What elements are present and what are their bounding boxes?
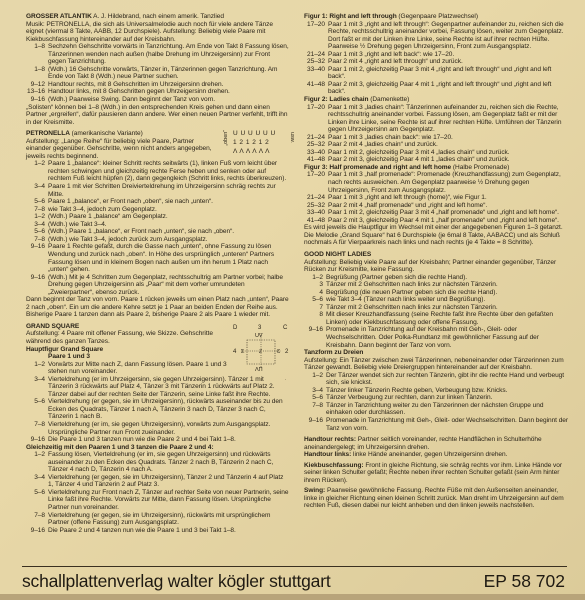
step-measure: 17–20 — [304, 104, 328, 134]
svg-text:D: D — [233, 325, 238, 331]
section-intro: Aufstellung: 4 Paare mit offener Fassung… — [26, 330, 225, 345]
glossary-term: Handtour rechts: — [304, 436, 356, 443]
step-text: Paar 1 mit 3 „right and left back“: wie … — [328, 51, 569, 59]
step-measure: 7–8 — [304, 402, 326, 417]
step-row: 9–16(Wdh.) Mit je 4 Schritten zum Gegenp… — [26, 274, 289, 297]
step-measure: 9–16 — [26, 527, 48, 535]
step-measure: 5–6 — [304, 394, 326, 402]
step-text: Paar 2 mit 3, gleichzeitig Paar 4 mit 1 … — [328, 217, 569, 225]
figure-title: Figur 3: Half promenade and right and le… — [304, 164, 451, 171]
section-figur-1: Figur 1: Right and left through (Gegenpa… — [304, 13, 569, 96]
step-row: 9–16Promenade in Tanzrichtung auf der Kr… — [304, 326, 569, 349]
svg-text:2: 2 — [285, 349, 289, 355]
step-measure: 21–24 — [304, 51, 328, 59]
section-grosser-atlantik: GROSSER ATLANTIK A. J. Hildebrand, nach … — [26, 13, 289, 126]
section-title: GROSSER ATLANTIK — [26, 13, 92, 20]
svg-text:Ɛ: Ɛ — [277, 349, 281, 355]
step-measure: 8 — [304, 311, 326, 326]
step-measure: 25–32 — [304, 58, 328, 66]
figure-subtitle: (Halbe Promenade) — [451, 164, 509, 171]
step-text: Paar 2 mit 4 „right and left through“ un… — [328, 58, 569, 66]
step-text: Die Paare 2 und 4 tanzen nun wie die Paa… — [48, 527, 289, 535]
section-grand-square: GRAND SQUARE Aufstellung: 4 Paare mit of… — [26, 323, 289, 534]
step-measure: 9–16 — [26, 436, 48, 444]
step-measure: 17–20 — [304, 21, 328, 51]
step-row: 7–8(Wdh.) wie Takt 3–4, jedoch zurück zu… — [26, 236, 289, 244]
step-text: Mit dieser Kreuzhandfassung (seine Recht… — [326, 311, 569, 326]
step-text: Paar 2 mit 3, gleichzeitig Paar 4 mit 1 … — [328, 81, 569, 96]
step-row: 21–24Paar 1 mit 3 „ladies chain back“: w… — [304, 134, 569, 142]
variant-title: Tanzform zu Dreien — [304, 349, 569, 357]
step-text: Paare 1 „balance“: kleiner Schritt recht… — [48, 160, 289, 183]
step-text: (Wdh.) Mit je 4 Schritten zum Gegenplatz… — [48, 274, 289, 297]
step-text: Promenade in Tanzrichtung mit Geh-, Glei… — [326, 417, 569, 432]
step-measure: 9–12 — [26, 81, 48, 89]
step-row: 3–4(Wdh.) wie Takt 3–4. — [26, 221, 289, 229]
step-row: 1–2Fassung lösen, Vierteldrehung (er im,… — [26, 451, 289, 474]
step-text: Promenade in Tanzrichtung auf der Kreisb… — [326, 326, 569, 349]
step-row: 1–8Sechzehn Gehschritte vorwärts in Tanz… — [26, 43, 289, 66]
sleeve-edge — [0, 594, 585, 600]
step-row: 13–16Handtour links, mit 8 Gehschritten … — [26, 88, 289, 96]
step-text: Tänzer in Tanzrichtung weiter zu den Tän… — [326, 402, 569, 417]
section-good-night-ladies: GOOD NIGHT LADIES Aufstellung: Beliebig … — [304, 251, 569, 432]
section-outro: Dann beginnt der Tanz von vorn. Paare 1 … — [26, 296, 289, 319]
step-text: Paar 2 mit 3, gleichzeitig Paar 4 mit 1 … — [328, 156, 569, 164]
step-measure: 3–4 — [26, 221, 48, 229]
glossary-term: Swing: — [304, 487, 325, 494]
sub-title: Hauptfigur Grand Square — [26, 346, 225, 354]
step-text: Handtour rechts, mit 8 Gehschritten im U… — [48, 81, 289, 89]
grand-square-diagram: D 3 C 4 2 Z UV ΛΠ Ʃ Ɛ · ˌ — [233, 323, 289, 381]
step-text: Fassung lösen, Vierteldrehung (er im, si… — [48, 451, 289, 474]
step-measure: 3–4 — [26, 376, 48, 399]
step-row: 33–40Paar 1 mit 2, gleichzeitig Paar 3 m… — [304, 209, 569, 217]
glossary-entry: Handtour rechts: Partner seitlich vorein… — [304, 436, 569, 451]
step-row: 5–6(Wdh.) Paare 1 „balance“, er Front na… — [26, 228, 289, 236]
step-text: Paar 1 mit 3 „half promenade“: Promenade… — [328, 171, 569, 194]
diagram-row-women: Λ Λ Λ Λ Λ Λ — [233, 148, 270, 156]
step-measure: 25–32 — [304, 202, 328, 210]
step-measure: 7 — [304, 304, 326, 312]
step-measure: 3 — [304, 281, 326, 289]
step-text: Der Tänzer wendet sich zur rechten Tänze… — [326, 372, 569, 387]
step-measure: 7–8 — [26, 236, 48, 244]
step-text: Vierteldrehung (er im, sie gegen Uhrzeig… — [48, 421, 289, 436]
step-text: (Wdh.) wie Takt 3–4, jedoch zurück zum A… — [48, 236, 289, 244]
step-row: 21–24Paar 1 mit 3 „right and left throug… — [304, 194, 569, 202]
step-text: Tänzer mit 2 Gehschritten nach links zur… — [326, 304, 569, 312]
step-text: Paar 1 mit 2, gleichzeitig Paar 3 mit 4 … — [328, 66, 569, 81]
step-measure: 5–6 — [26, 398, 48, 421]
step-measure: 33–40 — [304, 209, 328, 217]
step-measure: 25–32 — [304, 141, 328, 149]
svg-text:ˌ: ˌ — [285, 375, 287, 381]
footer-divider — [22, 566, 567, 567]
step-text: Handtour links, mit 8 Gehschritten gegen… — [48, 88, 289, 96]
svg-text:Z: Z — [259, 349, 262, 355]
diagram-label-top: „oben“ — [223, 130, 231, 146]
glossary-entry: Handtour links: linke Hände aneinander, … — [304, 451, 569, 459]
section-title: GRAND SQUARE — [26, 323, 79, 330]
step-measure: 1–2 — [26, 213, 48, 221]
simultaneous-title: Gleichzeitig mit den Paaren 1 und 3 tanz… — [26, 444, 289, 452]
step-measure: 33–40 — [304, 149, 328, 157]
step-row: 25–32Paar 2 mit 4 „right and left throug… — [304, 58, 569, 66]
right-column: Figur 1: Right and left through (Gegenpa… — [304, 13, 569, 510]
step-row: 7–8wie Takt 3–4, jedoch zum Gegenplatz. — [26, 206, 289, 214]
step-text: Die Paare 1 und 3 tanzen nun wie die Paa… — [48, 436, 289, 444]
step-text: Paar 2 mit 4 „half promenade“ und „right… — [328, 202, 569, 210]
step-row: 33–40Paar 1 mit 2, gleichzeitig Paar 3 m… — [304, 66, 569, 81]
step-text: Paar 2 mit 4 „ladies chain“ und zurück. — [328, 141, 569, 149]
svg-text:·: · — [234, 375, 235, 380]
step-row: 17–20Paar 1 mit 3 „right and left throug… — [304, 21, 569, 51]
step-measure: 1–2 — [304, 274, 326, 282]
step-text: Paar 1 mit 3 „right and left through (ho… — [328, 194, 569, 202]
section-intro: Musik: PETRONELLA, die sich als Universa… — [26, 21, 289, 44]
step-measure: 3–4 — [26, 474, 48, 489]
step-row: 9–12Handtour rechts, mit 8 Gehschritten … — [26, 81, 289, 89]
step-text: Begrüßung (Partner geben sich die rechte… — [326, 274, 569, 282]
record-sleeve-back: GROSSER ATLANTIK A. J. Hildebrand, nach … — [0, 0, 585, 600]
step-row: 1–8(Wdh.) 16 Gehschritte vorwärts, Tänze… — [26, 66, 289, 81]
figure-title: Figur 1: Right and left through — [304, 13, 397, 20]
step-row: 17–20Paar 1 mit 3 „half promenade“: Prom… — [304, 171, 569, 194]
section-subtitle: A. J. Hildebrand, nach einem amerik. Tan… — [92, 13, 224, 20]
glossary-entry: Kiekbuschfassung: Front in gleiche Richt… — [304, 462, 569, 485]
step-measure: 33–40 — [304, 66, 328, 81]
step-text: wie Takt 3–4, jedoch zum Gegenplatz. — [48, 206, 289, 214]
step-measure: 1–2 — [26, 361, 48, 376]
glossary: Handtour rechts: Partner seitlich vorein… — [304, 436, 569, 510]
section-intro: Aufstellung: Beliebig viele Paare auf de… — [304, 259, 569, 274]
section-subtitle: (amerikanische Variante) — [70, 130, 143, 137]
step-row: 9–16Promenade in Tanzrichtung mit Geh-, … — [304, 417, 569, 432]
step-row: 33–40Paar 1 mit 2, gleichzeitig Paar 3 m… — [304, 149, 569, 157]
step-text: Paare 1 mit vier Schritten Dreivierteldr… — [48, 183, 289, 198]
step-row: 5–6Vierteldrehung zur Front nach Z, Tänz… — [26, 489, 289, 512]
section-outro: „Solisten“ können bei 1–8 (Wdh.) in den … — [26, 104, 289, 127]
svg-text:ΛΠ: ΛΠ — [255, 367, 263, 373]
step-text: Tänzer linker Tänzerin Rechte geben, Ver… — [326, 387, 569, 395]
variant-intro: Aufstellung: Ein Tänzer zwischen zwei Tä… — [304, 357, 569, 372]
step-text: (Wdh.) Paare 1 „balance“ am Gegenplatz. — [48, 213, 289, 221]
diagram-row-numbers: 1 2 1 2 1 2 — [233, 139, 269, 147]
step-row: 3–4Paare 1 mit vier Schritten Dreivierte… — [26, 183, 289, 198]
step-text: Paar 1 mit 2, gleichzeitig Paar 3 mit 4 … — [328, 209, 569, 217]
step-row: 41–48Paar 2 mit 3, gleichzeitig Paar 4 m… — [304, 217, 569, 225]
step-row: 5–6Paare 1 „balance“, er Front nach „obe… — [26, 198, 289, 206]
step-text: Vierteldrehung (er gegen, sie im Uhrzeig… — [48, 512, 289, 527]
step-measure: 9–16 — [304, 326, 326, 349]
step-row: 9–16Die Paare 1 und 3 tanzen nun wie die… — [26, 436, 289, 444]
step-measure: 7–8 — [26, 512, 48, 527]
step-measure: 7–8 — [26, 206, 48, 214]
figure-subtitle: (Damenkette) — [368, 96, 409, 103]
svg-text:3: 3 — [258, 325, 262, 331]
step-row: 5–6Vierteldrehung (er gegen, sie im Uhrz… — [26, 398, 289, 421]
step-row: 9–16Die Paare 2 und 4 tanzen nun wie die… — [26, 527, 289, 535]
step-measure: 9–16 — [304, 417, 326, 432]
step-text: Paar 1 mit 3 „right and left through“: G… — [328, 21, 569, 51]
step-measure: 4 — [304, 289, 326, 297]
step-row: 7–8Vierteldrehung (er im, sie gegen Uhrz… — [26, 421, 289, 436]
step-row: 1–2Der Tänzer wendet sich zur rechten Tä… — [304, 372, 569, 387]
publisher-name: schallplattenverlag walter kögler stuttg… — [22, 571, 331, 592]
step-measure: 9–16 — [26, 243, 48, 273]
step-measure: 5–6 — [304, 296, 326, 304]
step-row: 41–48Paar 2 mit 3, gleichzeitig Paar 4 m… — [304, 81, 569, 96]
step-text: Sechzehn Gehschritte vorwärts in Tanzric… — [48, 43, 289, 66]
step-text: (Wdh.) 16 Gehschritte vorwärts, Tänzer i… — [48, 66, 289, 81]
step-text: (Wdh.) wie Takt 3–4. — [48, 221, 289, 229]
glossary-entry: Swing: Paarweise gewöhnliche Fassung. Re… — [304, 487, 569, 510]
section-title: PETRONELLA — [26, 130, 70, 137]
step-text: Tänzer mit 2 Gehschritten nach links zur… — [326, 281, 569, 289]
section-title: GOOD NIGHT LADIES — [304, 251, 569, 259]
step-row: 25–32Paar 2 mit 4 „half promenade“ und „… — [304, 202, 569, 210]
step-text: Paar 1 mit 3 „ladies chain“: Tänzerinnen… — [328, 104, 569, 134]
step-row: 9–16Paare 1 Rechte gefaßt, durch die Gas… — [26, 243, 289, 273]
step-text: Paar 1 mit 2, gleichzeitig Paar 3 mit 4 … — [328, 149, 569, 157]
section-figur-2: Figur 2: Ladies chain (Damenkette) 17–20… — [304, 96, 569, 164]
step-measure: 5–6 — [26, 198, 48, 206]
step-row: 4Begrüßung (die neuen Partner geben sich… — [304, 289, 569, 297]
step-measure: 3–4 — [26, 183, 48, 198]
step-measure: 9–16 — [26, 96, 48, 104]
step-row: 1–2Begrüßung (Partner geben sich die rec… — [304, 274, 569, 282]
step-measure: 1–8 — [26, 43, 48, 66]
step-measure: 41–48 — [304, 217, 328, 225]
svg-text:Ʃ: Ʃ — [241, 349, 245, 355]
petronella-formation-diagram: „oben“ U U U U U U 1 2 1 2 1 2 Λ Λ Λ Λ Λ… — [223, 130, 295, 154]
step-measure: 9–16 — [26, 274, 48, 297]
step-row: 9–16(Wdh.) Paarweise Swing. Dann beginnt… — [26, 96, 289, 104]
sub-sub-title: Paare 1 und 3 — [26, 353, 225, 361]
step-measure: 1–2 — [26, 160, 48, 183]
step-text: Paare 1 „balance“, er Front nach „oben“,… — [48, 198, 289, 206]
step-row: 25–32Paar 2 mit 4 „ladies chain“ und zur… — [304, 141, 569, 149]
step-row: 5–6Tänzer Verbeugung zur rechten, dann z… — [304, 394, 569, 402]
section-outro: Es wird jeweils die Hauptfigur im Wechse… — [304, 224, 569, 247]
step-row: 7Tänzer mit 2 Gehschritten nach links zu… — [304, 304, 569, 312]
step-row: 41–48Paar 2 mit 3, gleichzeitig Paar 4 m… — [304, 156, 569, 164]
step-row: 7–8Vierteldrehung (er gegen, sie im Uhrz… — [26, 512, 289, 527]
figure-subtitle: (Gegenpaare Platzwechsel) — [397, 13, 478, 20]
diagram-row-men: U U U U U U — [233, 130, 276, 138]
step-text: (Wdh.) Paare 1 „balance“, er Front nach … — [48, 228, 289, 236]
step-row: 3–4Tänzer linker Tänzerin Rechte geben, … — [304, 387, 569, 395]
step-text: Vierteldrehung (er gegen, sie im Uhrzeig… — [48, 474, 289, 489]
step-text: Begrüßung (die neuen Partner geben sich … — [326, 289, 569, 297]
step-row: 17–20Paar 1 mit 3 „ladies chain“: Tänzer… — [304, 104, 569, 134]
step-measure: 1–2 — [304, 372, 326, 387]
step-measure: 21–24 — [304, 134, 328, 142]
glossary-definition: linke Hände aneinander, gegen Uhrzeigers… — [351, 451, 507, 458]
step-text: wie Takt 3–4 (Tänzer nach links weiter u… — [326, 296, 569, 304]
step-row: 3–4Vierteldrehung (er gegen, sie im Uhrz… — [26, 474, 289, 489]
diagram-label-side: usw. — [287, 132, 295, 143]
step-text: Tänzer Verbeugung zur rechten, dann zur … — [326, 394, 569, 402]
step-row: 1–2Paare 1 „balance“: kleiner Schritt re… — [26, 160, 289, 183]
step-row: 1–2(Wdh.) Paare 1 „balance“ am Gegenplat… — [26, 213, 289, 221]
step-measure: 5–6 — [26, 489, 48, 512]
svg-text:4: 4 — [233, 349, 237, 355]
step-row: 21–24Paar 1 mit 3 „right and left back“:… — [304, 51, 569, 59]
square-formation-icon: D 3 C 4 2 Z UV ΛΠ Ʃ Ɛ · ˌ — [233, 323, 289, 381]
section-figur-3: Figur 3: Half promenade and right and le… — [304, 164, 569, 247]
step-measure: 1–8 — [26, 66, 48, 81]
step-measure: 5–6 — [26, 228, 48, 236]
glossary-term: Kiekbuschfassung: — [304, 462, 364, 469]
step-text: Paare 1 Rechte gefaßt, durch die Gasse n… — [48, 243, 289, 273]
section-intro: Aufstellung: „Lange Reihe“ für beliebig … — [26, 138, 219, 161]
step-measure: 21–24 — [304, 194, 328, 202]
step-row: 7–8Tänzer in Tanzrichtung weiter zu den … — [304, 402, 569, 417]
step-text: Vierteldrehung (er gegen, sie im Uhrzeig… — [48, 398, 289, 421]
step-text: Paar 1 mit 3 „ladies chain back“: wie 17… — [328, 134, 569, 142]
figure-title: Figur 2: Ladies chain — [304, 96, 368, 103]
step-measure: 13–16 — [26, 88, 48, 96]
step-text: (Wdh.) Paarweise Swing. Dann beginnt der… — [48, 96, 289, 104]
step-measure: 41–48 — [304, 81, 328, 96]
step-row: 5–6wie Takt 3–4 (Tänzer nach links weite… — [304, 296, 569, 304]
step-measure: 7–8 — [26, 421, 48, 436]
left-column: GROSSER ATLANTIK A. J. Hildebrand, nach … — [26, 13, 289, 534]
step-row: 8Mit dieser Kreuzhandfassung (seine Rech… — [304, 311, 569, 326]
step-text: Vierteldrehung zur Front nach Z, Tänzer … — [48, 489, 289, 512]
step-measure: 3–4 — [304, 387, 326, 395]
step-measure: 1–2 — [26, 451, 48, 474]
glossary-term: Handtour links: — [304, 451, 351, 458]
step-row: 3Tänzer mit 2 Gehschritten nach links zu… — [304, 281, 569, 289]
step-measure: 41–48 — [304, 156, 328, 164]
glossary-definition: Paarweise gewöhnliche Fassung. Rechte Fü… — [304, 487, 564, 509]
step-measure: 17–20 — [304, 171, 328, 194]
section-petronella: PETRONELLA (amerikanische Variante) Aufs… — [26, 130, 289, 319]
catalog-number: EP 58 702 — [484, 571, 565, 592]
svg-text:C: C — [283, 325, 288, 331]
svg-text:UV: UV — [255, 333, 263, 339]
